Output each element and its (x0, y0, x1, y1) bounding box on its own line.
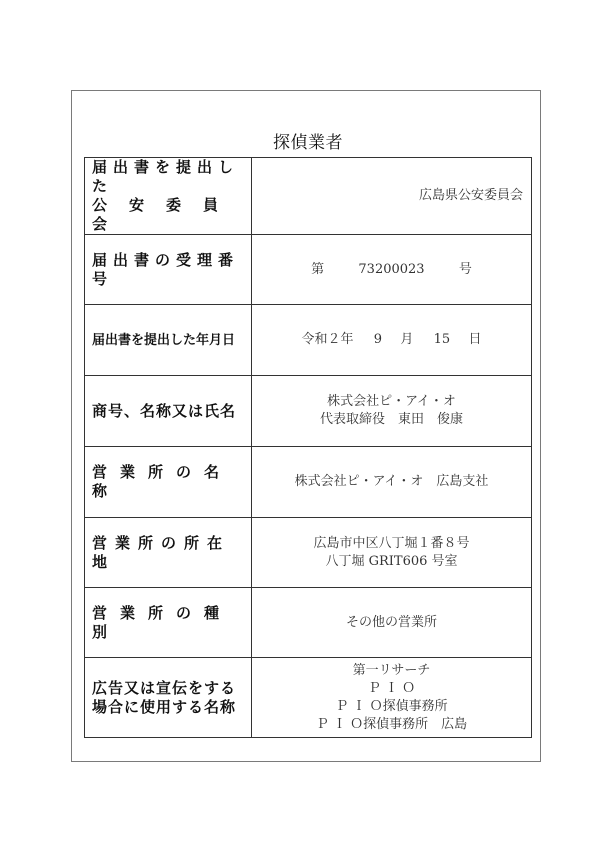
label-text: 営業所の名称 (92, 463, 232, 500)
label-cell: 届出書の受理番号 (85, 235, 252, 305)
table-row: 届出書の受理番号 第 73200023 号 (85, 235, 532, 305)
label-text: 届出書を提出した (92, 158, 247, 196)
label-text: 営業所の種別 (92, 604, 232, 641)
table-row: 営業所の所在地 広島市中区八丁堀１番８号 八丁堀 GRIT606 号室 (85, 518, 532, 588)
label-text: 届出書を提出した年月日 (92, 333, 235, 348)
value-prefix: 第 (311, 262, 324, 277)
label-text: 営業所の所在地 (92, 534, 230, 571)
document-title: 探偵業者 (84, 128, 532, 153)
label-line: 公安委員会 (92, 196, 247, 234)
value-text: 広島県公安委員会 (419, 188, 523, 203)
label-text: 公安委員会 (92, 196, 240, 233)
label-cell: 商号、名称又は氏名 (85, 376, 252, 447)
label-cell: 営業所の名称 (85, 447, 252, 518)
registration-table: 届出書を提出した 公安委員会 広島県公安委員会 届出書の受理番号 第 73200… (84, 157, 532, 738)
value-cell: 第 73200023 号 (252, 235, 532, 305)
table-row: 商号、名称又は氏名 株式会社ピ・アイ・オ 代表取締役 東田 俊康 (85, 376, 532, 447)
table-row: 届出書を提出した年月日 令和２年 9 月 15 日 (85, 305, 532, 376)
label-text: 商号、名称又は氏名 (92, 402, 236, 420)
day-unit: 日 (468, 332, 481, 347)
value-cell: 広島県公安委員会 (252, 158, 532, 235)
day-value: 15 (434, 332, 451, 347)
value-cell: 令和２年 9 月 15 日 (252, 305, 532, 376)
value-cell: 広島市中区八丁堀１番８号 八丁堀 GRIT606 号室 (252, 518, 532, 588)
month-value: 9 (374, 332, 382, 347)
label-cell: 営業所の種別 (85, 588, 252, 658)
value-text: 第一リサーチ (252, 662, 531, 680)
label-text: 場合に使用する名称 (92, 698, 247, 717)
value-text: 株式会社ピ・アイ・オ (252, 393, 531, 411)
value-text: 広島市中区八丁堀１番８号 (252, 535, 531, 553)
table-row: 広告又は宣伝をする 場合に使用する名称 第一リサーチ Ｐ Ｉ Ｏ Ｐ Ｉ Ｏ探偵… (85, 658, 532, 738)
label-cell: 広告又は宣伝をする 場合に使用する名称 (85, 658, 252, 738)
label-text: 広告又は宣伝をする (92, 679, 247, 698)
value-text: 代表取締役 東田 俊康 (252, 411, 531, 429)
receipt-number: 73200023 (358, 262, 424, 277)
value-suffix: 号 (459, 262, 472, 277)
value-text: Ｐ Ｉ Ｏ探偵事務所 (252, 698, 531, 716)
value-cell: 株式会社ピ・アイ・オ 代表取締役 東田 俊康 (252, 376, 532, 447)
table-row: 営業所の種別 その他の営業所 (85, 588, 532, 658)
label-text: 届出書の受理番号 (92, 251, 239, 288)
month-unit: 月 (400, 332, 413, 347)
table-row: 営業所の名称 株式会社ピ・アイ・オ 広島支社 (85, 447, 532, 518)
value-text: Ｐ Ｉ Ｏ (252, 680, 531, 698)
value-text: その他の営業所 (346, 615, 437, 630)
label-line: 届出書を提出した (92, 158, 247, 196)
value-cell: 株式会社ピ・アイ・オ 広島支社 (252, 447, 532, 518)
value-cell: 第一リサーチ Ｐ Ｉ Ｏ Ｐ Ｉ Ｏ探偵事務所 Ｐ Ｉ Ｏ探偵事務所 広島 (252, 658, 532, 738)
table-row: 届出書を提出した 公安委員会 広島県公安委員会 (85, 158, 532, 235)
era-year: 令和２年 (302, 332, 354, 347)
label-cell: 営業所の所在地 (85, 518, 252, 588)
value-text: 株式会社ピ・アイ・オ 広島支社 (295, 474, 489, 489)
label-cell: 届出書を提出した 公安委員会 (85, 158, 252, 235)
label-cell: 届出書を提出した年月日 (85, 305, 252, 376)
value-cell: その他の営業所 (252, 588, 532, 658)
value-text: Ｐ Ｉ Ｏ探偵事務所 広島 (252, 716, 531, 734)
value-text: 八丁堀 GRIT606 号室 (252, 553, 531, 571)
